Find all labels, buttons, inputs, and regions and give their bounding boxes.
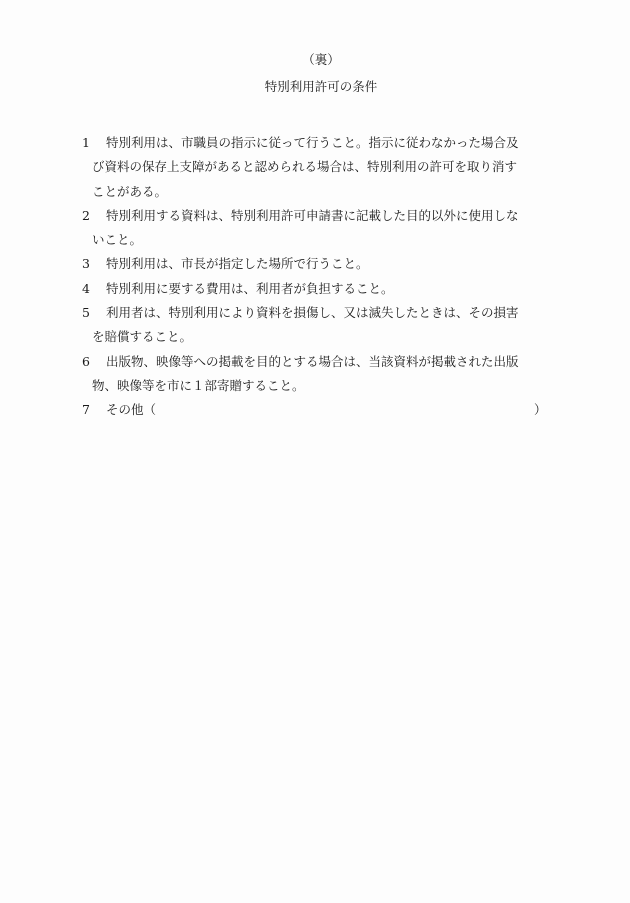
condition-text-line: 利用者は、特別利用により資料を損傷し、又は滅失したときは、その損害 xyxy=(82,301,552,325)
condition-item-5: 5 利用者は、特別利用により資料を損傷し、又は滅失したときは、その損害 を賠償す… xyxy=(82,301,552,350)
open-paren: （ xyxy=(144,402,157,417)
condition-text-line: 特別利用に要する費用は、利用者が負担すること。 xyxy=(82,277,552,301)
condition-item-1: 1 特別利用は、市職員の指示に従って行うこと。指示に従わなかった場合及 び資料の… xyxy=(82,131,552,204)
condition-text-line: 特別利用は、市長が指定した場所で行うこと。 xyxy=(82,252,552,276)
condition-text-line: び資料の保存上支障があると認められる場合は、特別利用の許可を取り消す xyxy=(82,155,552,179)
condition-text-line: ことがある。 xyxy=(82,180,552,204)
condition-number: 2 xyxy=(82,204,96,228)
condition-number: 4 xyxy=(82,277,96,301)
condition-item-7: 7 その他（） xyxy=(82,398,552,422)
document-title: 特別利用許可の条件 xyxy=(0,77,630,97)
condition-text-line: 特別利用は、市職員の指示に従って行うこと。指示に従わなかった場合及 xyxy=(82,131,552,155)
close-paren: ） xyxy=(534,402,547,417)
condition-text-line: 出版物、映像等への掲載を目的とする場合は、当該資料が掲載された出版 xyxy=(82,350,552,374)
document-page: （裏） 特別利用許可の条件 1 特別利用は、市職員の指示に従って行うこと。指示に… xyxy=(0,0,630,903)
conditions-list: 1 特別利用は、市職員の指示に従って行うこと。指示に従わなかった場合及 び資料の… xyxy=(82,131,552,423)
condition-number: 5 xyxy=(82,301,96,325)
condition-item-4: 4 特別利用に要する費用は、利用者が負担すること。 xyxy=(82,277,552,301)
condition-item-2: 2 特別利用する資料は、特別利用許可申請書に記載した目的以外に使用しな いこと。 xyxy=(82,204,552,253)
condition-text-line: 物、映像等を市に１部寄贈すること。 xyxy=(82,374,552,398)
other-condition-row: その他（） xyxy=(82,398,552,422)
condition-number: 1 xyxy=(82,131,96,155)
condition-text-line: 特別利用する資料は、特別利用許可申請書に記載した目的以外に使用しな xyxy=(82,204,552,228)
condition-item-3: 3 特別利用は、市長が指定した場所で行うこと。 xyxy=(82,252,552,276)
condition-text-line: を賠償すること。 xyxy=(82,325,552,349)
condition-text-line: いこと。 xyxy=(82,228,552,252)
condition-number: 3 xyxy=(82,252,96,276)
condition-item-6: 6 出版物、映像等への掲載を目的とする場合は、当該資料が掲載された出版 物、映像… xyxy=(82,350,552,399)
other-label: その他 xyxy=(106,402,144,417)
condition-number: 6 xyxy=(82,350,96,374)
reverse-side-label: （裏） xyxy=(0,50,630,70)
